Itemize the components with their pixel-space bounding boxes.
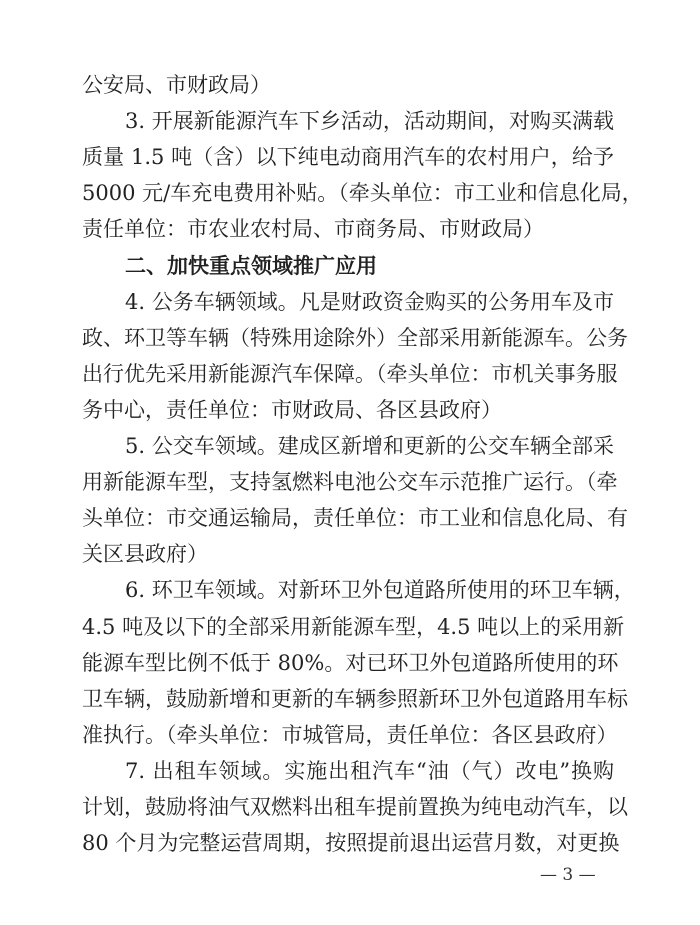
page-number: — 3 — [540, 865, 596, 885]
text-line: 4. 公务车辆领域。凡是财政资金购买的公务用车及市 [125, 287, 614, 317]
text-line: 5. 公交车领域。建成区新增和更新的公交车辆全部采 [125, 431, 614, 461]
text-line: 7. 出租车领域。实施出租汽车“油（气）改电”换购 [125, 756, 614, 786]
text-line: 关区县政府） [82, 539, 614, 569]
text-line: 3. 开展新能源汽车下乡活动，活动期间，对购买满载 [125, 106, 614, 136]
text-line: 用新能源车型，支持氢燃料电池公交车示范推广运行。（牵 [82, 467, 614, 497]
text-line: 责任单位：市农业农村局、市商务局、市财政局） [82, 214, 614, 244]
text-line: 6. 环卫车领域。对新环卫外包道路所使用的环卫车辆， [125, 575, 614, 605]
text-line: 务中心，责任单位：市财政局、各区县政府） [82, 395, 614, 425]
text-line: 质量 1.5 吨（含）以下纯电动商用汽车的农村用户，给予 [82, 142, 614, 172]
text-line: 能源车型比例不低于 80%。对已环卫外包道路所使用的环 [82, 648, 614, 678]
text-line: 公安局、市财政局） [82, 70, 614, 100]
text-line: 头单位：市交通运输局，责任单位：市工业和信息化局、有 [82, 503, 614, 533]
text-line: 80 个月为完整运营周期，按照提前退出运营月数，对更换 [82, 828, 614, 858]
text-line: 计划，鼓励将油气双燃料出租车提前置换为纯电动汽车，以 [82, 792, 614, 822]
text-line: 出行优先采用新能源汽车保障。（牵头单位：市机关事务服 [82, 359, 614, 389]
section-heading: 二、加快重点领域推广应用 [125, 251, 614, 281]
text-line: 5000 元/车充电费用补贴。（牵头单位：市工业和信息化局， [82, 178, 614, 208]
text-line: 政、环卫等车辆（特殊用途除外）全部采用新能源车。公务 [82, 323, 614, 353]
document-page: 公安局、市财政局）3. 开展新能源汽车下乡活动，活动期间，对购买满载质量 1.5… [0, 0, 700, 925]
text-line: 准执行。（牵头单位：市城管局，责任单位：各区县政府） [82, 720, 614, 750]
text-line: 4.5 吨及以下的全部采用新能源车型，4.5 吨以上的采用新 [82, 612, 614, 642]
text-line: 卫车辆，鼓励新增和更新的车辆参照新环卫外包道路用车标 [82, 684, 614, 714]
